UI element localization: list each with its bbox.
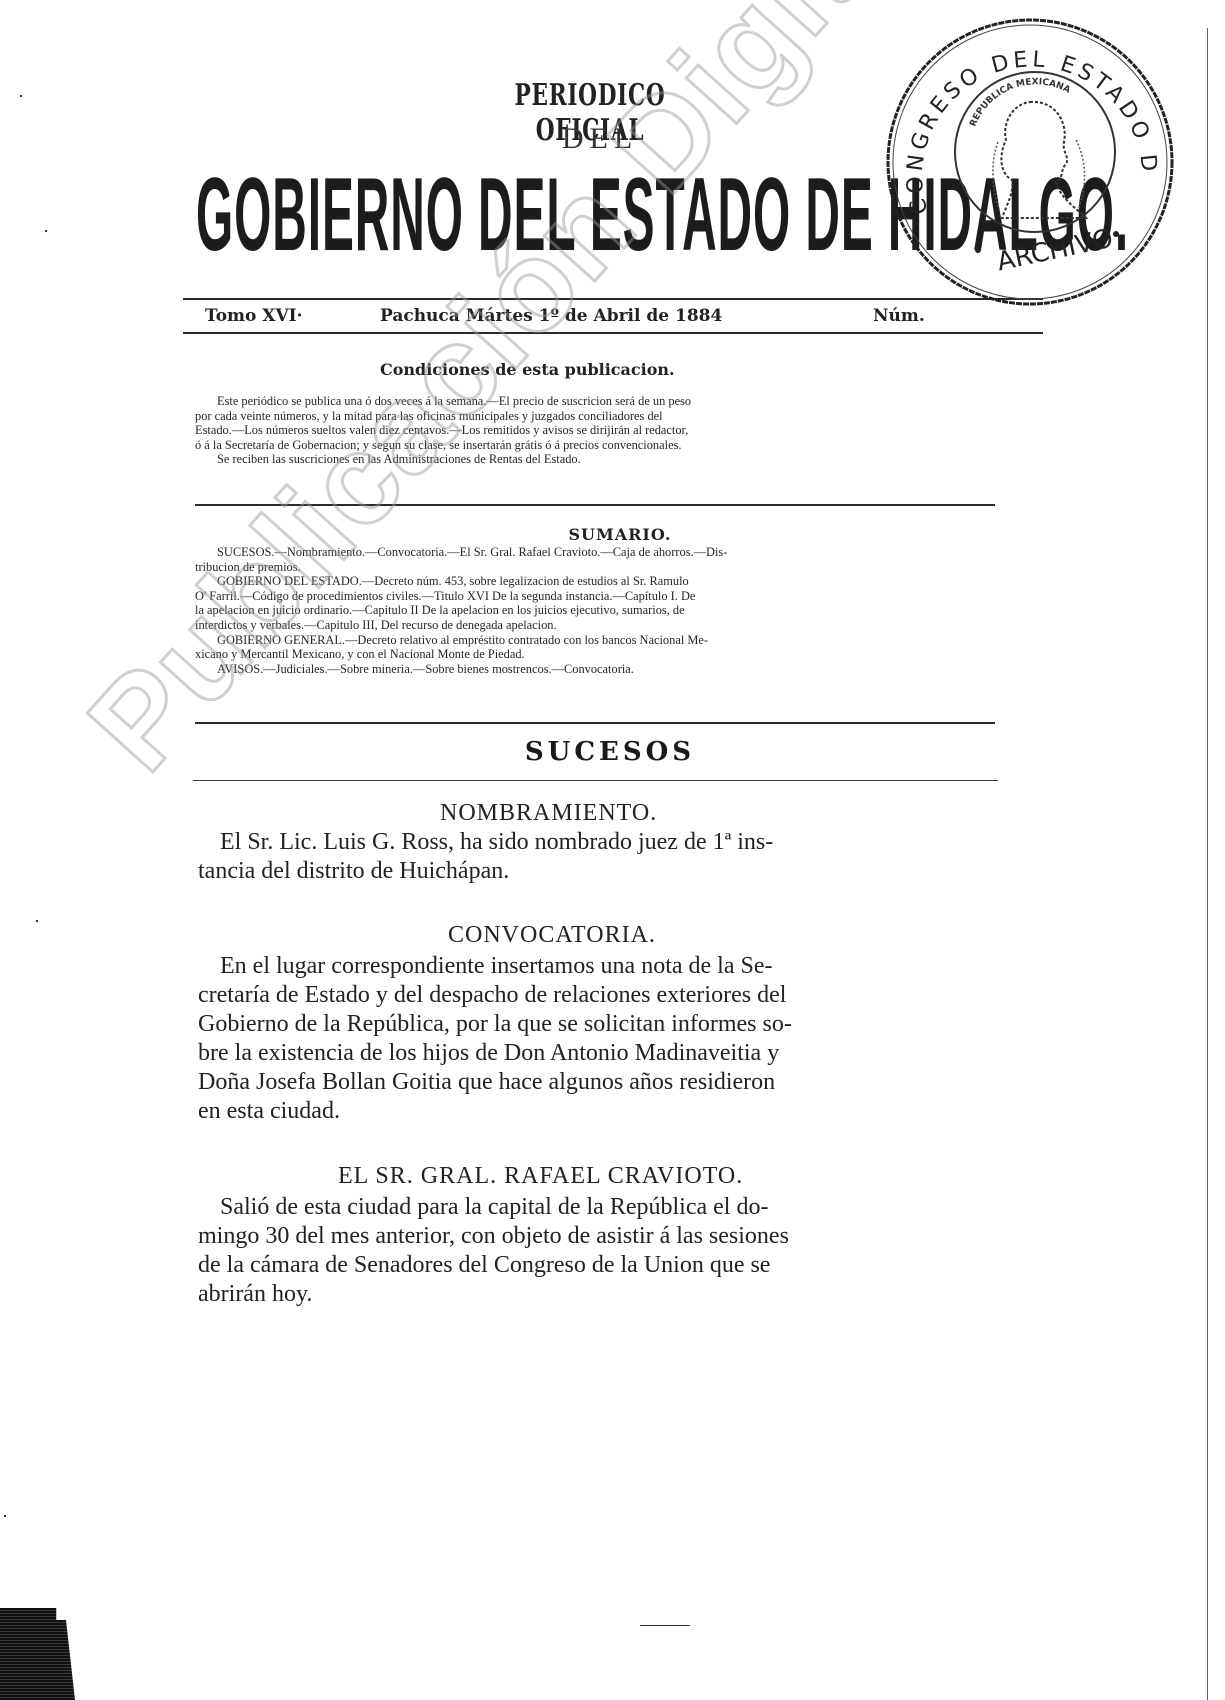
archive-stamp-icon: CONGRESO DEL ESTADO DE HIDALGO REPUBLICA… [880, 12, 1180, 312]
scan-speck [640, 1625, 690, 1626]
masthead-title: GOBIERNO DEL ESTADO DE HIDALGO. [196, 160, 702, 270]
article-line: En el lugar correspondiente insertamos u… [198, 952, 1018, 981]
article-line: en esta ciudad. [198, 1097, 1018, 1126]
conditions-title: Condiciones de esta publicacion. [380, 360, 780, 379]
svg-text:ARCHIVO: ARCHIVO [994, 224, 1115, 278]
sumario-line: SUCESOS.—Nombramiento.—Convocatoria.—El … [195, 545, 1005, 560]
section-rule [193, 780, 998, 781]
conditions-line: ó á la Secretaría de Gobernacion; y segu… [195, 438, 1005, 453]
sumario-rule [195, 722, 995, 724]
scan-speck [45, 230, 47, 232]
sumario-line: GOBIERNO GENERAL.—Decreto relativo al em… [195, 633, 1005, 648]
masthead-rule-bottom [183, 332, 1043, 334]
conditions-text: Este periódico se publica una ó dos vece… [195, 394, 1005, 467]
scan-speck [20, 95, 22, 97]
sumario-line: xicano y Mercantil Mexicano, y con el Na… [195, 647, 1005, 662]
page-edge-line [1207, 28, 1208, 1700]
place-date: Pachuca Mártes 1º de Abril de 1884 [380, 306, 722, 326]
article-line: cretaría de Estado y del despacho de rel… [198, 981, 1018, 1010]
sumario-line: interdictos y verbales.—Capitulo III, De… [195, 618, 1005, 633]
newspaper-page: PERIODICO OFICIAL DEL GOBIERNO DEL ESTAD… [0, 0, 1225, 1700]
svg-text:REPUBLICA MEXICANA: REPUBLICA MEXICANA [968, 77, 1071, 128]
article-line: mingo 30 del mes anterior, con objeto de… [198, 1222, 1018, 1251]
article-line: de la cámara de Senadores del Congreso d… [198, 1251, 1018, 1280]
article-line: bre la existencia de los hijos de Don An… [198, 1039, 1018, 1068]
sumario-title: SUMARIO. [520, 525, 720, 544]
scan-shadow [0, 1600, 75, 1700]
conditions-line: Este periódico se publica una ó dos vece… [195, 394, 1005, 409]
scan-speck [4, 1515, 6, 1517]
scan-speck [36, 920, 38, 922]
sumario-line: tribucion de premios. [195, 560, 1005, 575]
article-body-cravioto: Salió de esta ciudad para la capital de … [198, 1193, 1018, 1309]
article-body-convocatoria: En el lugar correspondiente insertamos u… [198, 952, 1018, 1126]
article-line: abrirán hoy. [198, 1280, 1018, 1309]
section-title-sucesos: SUCESOS [430, 737, 790, 767]
article-body-nombramiento: El Sr. Lic. Luis G. Ross, ha sido nombra… [198, 828, 1018, 886]
article-line: tancia del distrito de Huichápan. [198, 857, 1018, 886]
tomo-label: Tomo XVI· [205, 306, 303, 326]
article-line: El Sr. Lic. Luis G. Ross, ha sido nombra… [198, 828, 1018, 857]
svg-text:CONGRESO DEL ESTADO DE HIDALGO: CONGRESO DEL ESTADO DE HIDALGO [880, 12, 1162, 217]
article-heading-cravioto: EL SR. GRAL. RAFAEL CRAVIOTO. [338, 1163, 743, 1190]
article-line: Salió de esta ciudad para la capital de … [198, 1193, 1018, 1222]
masthead-del: DEL [500, 122, 700, 156]
article-line: Gobierno de la República, por la que se … [198, 1010, 1018, 1039]
sumario-line: la apelacion en juicio ordinario.—Capitu… [195, 603, 1005, 618]
article-heading-convocatoria: CONVOCATORIA. [448, 922, 656, 949]
sumario-line: GOBIERNO DEL ESTADO.—Decreto núm. 453, s… [195, 574, 1005, 589]
conditions-rule [195, 504, 995, 506]
article-heading-nombramiento: NOMBRAMIENTO. [440, 800, 657, 827]
conditions-line: Se reciben las suscriciones en las Admin… [195, 452, 1005, 467]
sumario-line: O' Farril.—Código de procedimientos civi… [195, 589, 1005, 604]
conditions-line: Estado.—Los números sueltos valen diez c… [195, 423, 1005, 438]
sumario-text: SUCESOS.—Nombramiento.—Convocatoria.—El … [195, 545, 1005, 676]
sumario-line: AVISOS.—Judiciales.—Sobre mineria.—Sobre… [195, 662, 1005, 677]
conditions-line: por cada veinte números, y la mitad para… [195, 409, 1005, 424]
article-line: Doña Josefa Bollan Goitia que hace algun… [198, 1068, 1018, 1097]
